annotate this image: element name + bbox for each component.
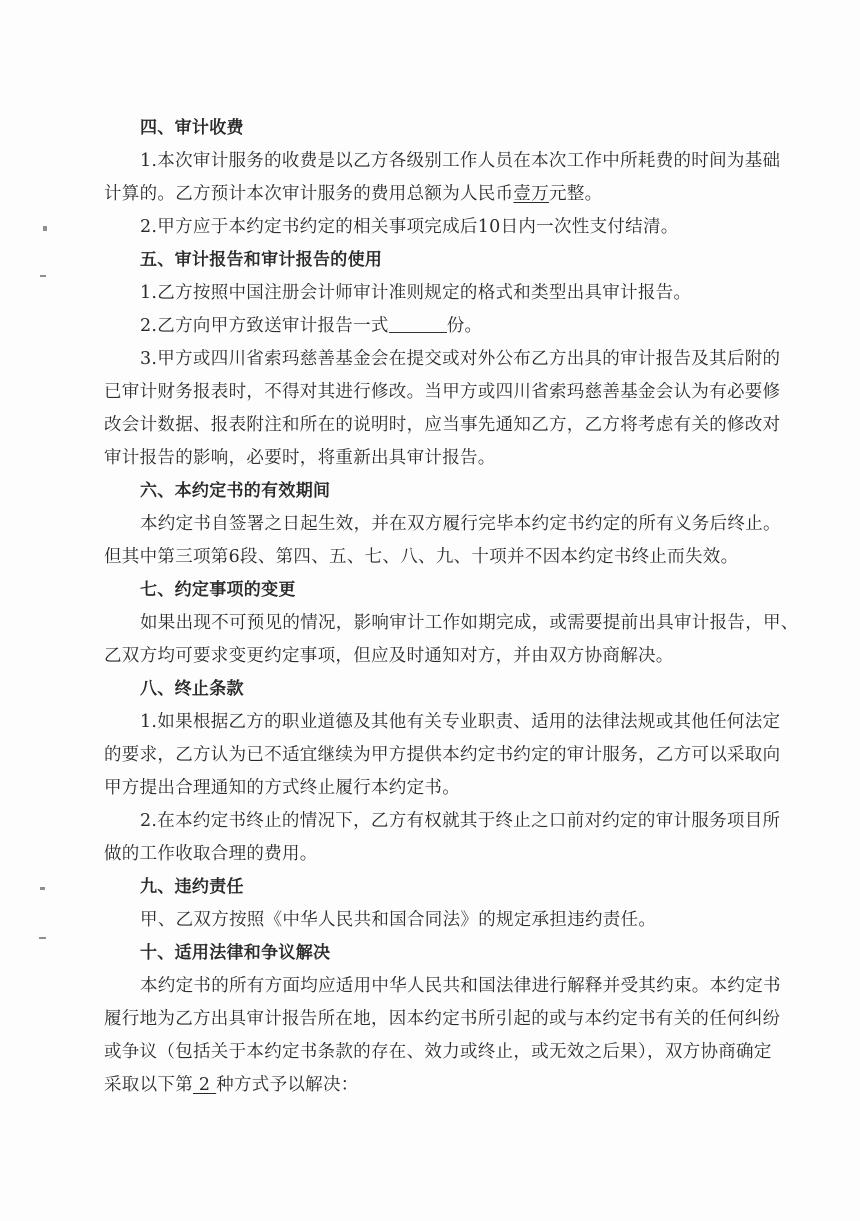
paragraph-line: 计算的。乙方预计本次审计服务的费用总额为人民币壹万元整。 <box>104 178 764 211</box>
line-text: 计算的。乙方预计本次审计服务的费用总额为人民币 <box>104 184 513 204</box>
document-section: 九、违约责任甲、乙双方按照《中华人民共和国合同法》的规定承担违约责任。 <box>104 871 764 937</box>
scan-mark <box>43 226 47 231</box>
section-heading: 六、本约定书的有效期间 <box>104 475 764 508</box>
line-text: 种方式予以解决： <box>216 1075 358 1095</box>
document-section: 十、适用法律和争议解决本约定书的所有方面均应适用中华人民共和国法律进行解释并受其… <box>104 937 764 1102</box>
paragraph-line: 履行地为乙方出具审计报告所在地，因本约定书所引起的或与本约定书有关的任何纠纷 <box>104 1003 764 1036</box>
underlined-fill-value: 2 <box>193 1075 216 1095</box>
scan-mark <box>40 887 45 890</box>
line-text: 乙双方均可要求变更约定事项，但应及时通知对方，并由双方协商解决。 <box>104 646 674 666</box>
paragraph-line: 3.甲方或四川省索玛慈善基金会在提交或对外公布乙方出具的审计报告及其后附的 <box>104 343 764 376</box>
line-text: 2.乙方向甲方致送审计报告一式 <box>140 316 389 336</box>
line-text: 但其中第三项第6段、第四、五、七、八、九、十项并不因本约定书终止而失效。 <box>104 547 738 567</box>
paragraph-line: 已审计财务报表时，不得对其进行修改。当甲方或四川省索玛慈善基金会认为有必要修 <box>104 376 764 409</box>
line-text: 审计报告的影响，必要时，将重新出具审计报告。 <box>104 448 496 468</box>
paragraph-line: 乙双方均可要求变更约定事项，但应及时通知对方，并由双方协商解决。 <box>104 640 764 673</box>
paragraph-line: 本约定书的所有方面均应适用中华人民共和国法律进行解释并受其约束。本约定书 <box>104 970 764 1003</box>
scan-mark <box>39 937 46 939</box>
document-section: 七、约定事项的变更如果出现不可预见的情况，影响审计工作如期完成，或需要提前出具审… <box>104 574 764 673</box>
paragraph-line: 1.本次审计服务的收费是以乙方各级别工作人员在本次工作中所耗费的时间为基础 <box>104 145 764 178</box>
line-text: 已审计财务报表时，不得对其进行修改。当甲方或四川省索玛慈善基金会认为有必要修 <box>104 382 780 402</box>
document-section: 六、本约定书的有效期间本约定书自签署之日起生效，并在双方履行完毕本约定书约定的所… <box>104 475 764 574</box>
section-heading: 五、审计报告和审计报告的使用 <box>104 244 764 277</box>
section-heading: 九、违约责任 <box>104 871 764 904</box>
document-section: 八、终止条款1.如果根据乙方的职业道德及其他有关专业职责、适用的法律法规或其他任… <box>104 673 764 871</box>
paragraph-line: 或争议（包括关于本约定书条款的存在、效力或终止，或无效之后果），双方协商确定 <box>104 1036 764 1069</box>
document-body: 四、审计收费1.本次审计服务的收费是以乙方各级别工作人员在本次工作中所耗费的时间… <box>104 112 764 1102</box>
scan-mark <box>40 275 46 277</box>
line-text: 做的工作收取合理的费用。 <box>104 844 318 864</box>
paragraph-line: 2.乙方向甲方致送审计报告一式份。 <box>104 310 764 343</box>
paragraph-line: 审计报告的影响，必要时，将重新出具审计报告。 <box>104 442 764 475</box>
line-text: 改会计数据、报表附注和所在的说明时，应当事先通知乙方，乙方将考虑有关的修改对 <box>104 415 780 435</box>
paragraph-line: 1.如果根据乙方的职业道德及其他有关专业职责、适用的法律法规或其他任何法定 <box>104 706 764 739</box>
underlined-fill-value: 壹万 <box>513 184 549 204</box>
paragraph-line: 甲方提出合理通知的方式终止履行本约定书。 <box>104 772 764 805</box>
paragraph-line: 做的工作收取合理的费用。 <box>104 838 764 871</box>
line-text: 本约定书的所有方面均应适用中华人民共和国法律进行解释并受其约束。本约定书 <box>140 976 781 996</box>
line-text: 1.乙方按照中国注册会计师审计准则规定的格式和类型出具审计报告。 <box>140 283 691 303</box>
line-text: 1.如果根据乙方的职业道德及其他有关专业职责、适用的法律法规或其他任何法定 <box>140 712 780 732</box>
paragraph-line: 本约定书自签署之日起生效，并在双方履行完毕本约定书约定的所有义务后终止。 <box>104 508 764 541</box>
line-text: 1.本次审计服务的收费是以乙方各级别工作人员在本次工作中所耗费的时间为基础 <box>140 151 780 171</box>
line-text: 本约定书自签署之日起生效，并在双方履行完毕本约定书约定的所有义务后终止。 <box>140 514 781 534</box>
line-text: 元整。 <box>549 184 602 204</box>
paragraph-line: 2.在本约定书终止的情况下，乙方有权就其于终止之口前对约定的审计服务项目所 <box>104 805 764 838</box>
paragraph-line: 改会计数据、报表附注和所在的说明时，应当事先通知乙方，乙方将考虑有关的修改对 <box>104 409 764 442</box>
line-text: 或争议（包括关于本约定书条款的存在、效力或终止，或无效之后果），双方协商确定 <box>104 1042 772 1062</box>
line-text: 的要求，乙方认为已不适宜继续为甲方提供本约定书约定的审计服务，乙方可以采取向 <box>104 745 780 765</box>
paragraph-line: 如果出现不可预见的情况，影响审计工作如期完成，或需要提前出具审计报告，甲、 <box>104 607 764 640</box>
paragraph-line: 1.乙方按照中国注册会计师审计准则规定的格式和类型出具审计报告。 <box>104 277 764 310</box>
section-heading: 四、审计收费 <box>104 112 764 145</box>
paragraph-line: 的要求，乙方认为已不适宜继续为甲方提供本约定书约定的审计服务，乙方可以采取向 <box>104 739 764 772</box>
section-heading: 七、约定事项的变更 <box>104 574 764 607</box>
blank-fill-line <box>389 314 447 333</box>
paragraph-line: 但其中第三项第6段、第四、五、七、八、九、十项并不因本约定书终止而失效。 <box>104 541 764 574</box>
section-heading: 八、终止条款 <box>104 673 764 706</box>
line-text: 2.在本约定书终止的情况下，乙方有权就其于终止之口前对约定的审计服务项目所 <box>140 811 780 831</box>
line-text: 采取以下第 <box>104 1075 193 1095</box>
document-section: 五、审计报告和审计报告的使用1.乙方按照中国注册会计师审计准则规定的格式和类型出… <box>104 244 764 475</box>
paragraph-line: 采取以下第 2 种方式予以解决： <box>104 1069 764 1102</box>
document-section: 四、审计收费1.本次审计服务的收费是以乙方各级别工作人员在本次工作中所耗费的时间… <box>104 112 764 244</box>
line-text: 履行地为乙方出具审计报告所在地，因本约定书所引起的或与本约定书有关的任何纠纷 <box>104 1009 780 1029</box>
line-text: 3.甲方或四川省索玛慈善基金会在提交或对外公布乙方出具的审计报告及其后附的 <box>140 349 780 369</box>
scanned-document-page: 四、审计收费1.本次审计服务的收费是以乙方各级别工作人员在本次工作中所耗费的时间… <box>0 0 860 1221</box>
line-text: 甲、乙双方按照《中华人民共和国合同法》的规定承担违约责任。 <box>140 910 656 930</box>
line-text: 如果出现不可预见的情况，影响审计工作如期完成，或需要提前出具审计报告，甲、 <box>140 613 799 633</box>
line-text: 2.甲方应于本约定书约定的相关事项完成后10日内一次性支付结清。 <box>140 217 679 237</box>
line-text: 份。 <box>447 316 483 336</box>
line-text: 甲方提出合理通知的方式终止履行本约定书。 <box>104 778 460 798</box>
paragraph-line: 2.甲方应于本约定书约定的相关事项完成后10日内一次性支付结清。 <box>104 211 764 244</box>
paragraph-line: 甲、乙双方按照《中华人民共和国合同法》的规定承担违约责任。 <box>104 904 764 937</box>
section-heading: 十、适用法律和争议解决 <box>104 937 764 970</box>
